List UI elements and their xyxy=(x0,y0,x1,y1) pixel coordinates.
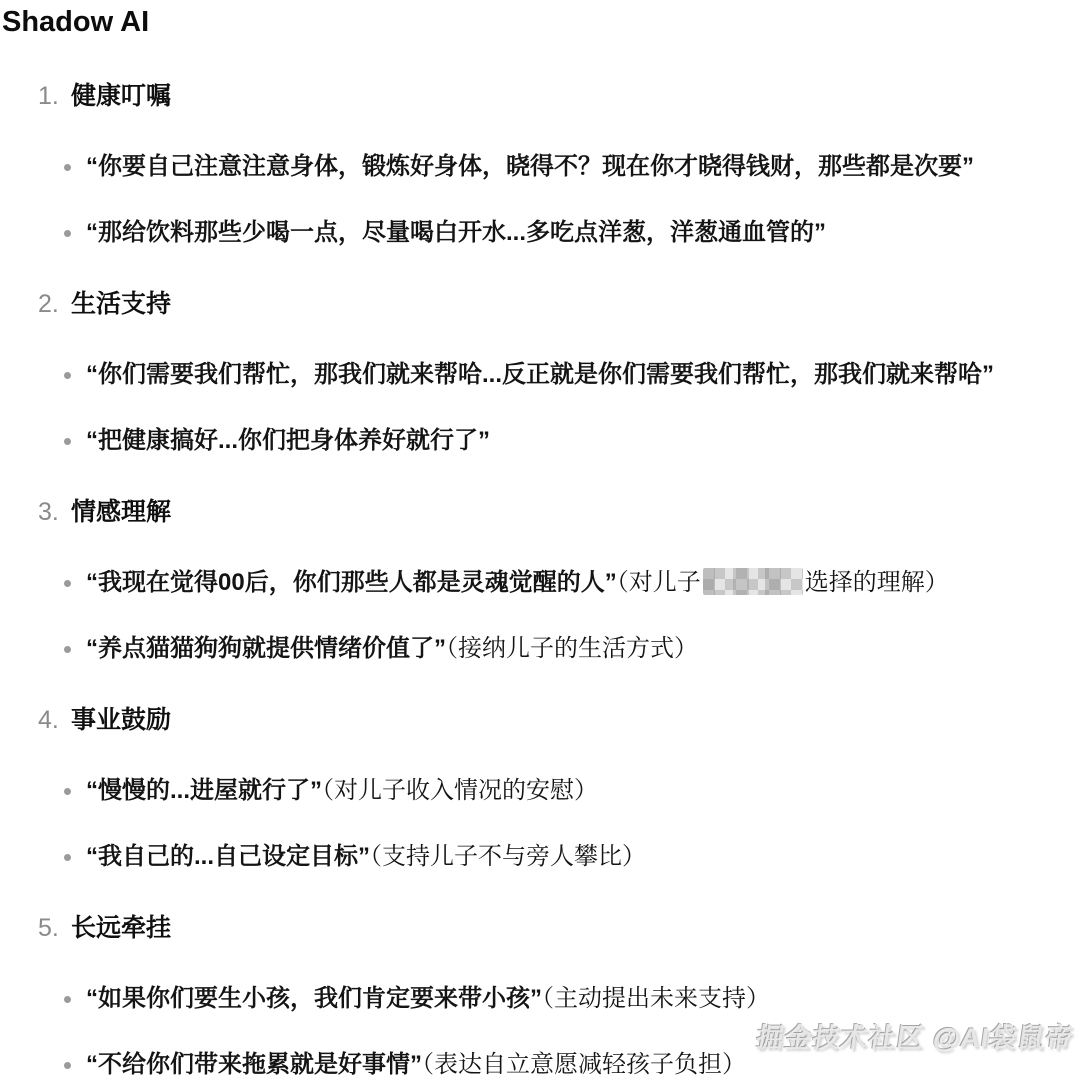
section-heading: 4. 事业鼓励 xyxy=(0,705,1080,736)
section-emotional-understanding: 3. 情感理解 “我现在觉得00后，你们那些人都是灵魂觉醒的人”（对儿子选择的理… xyxy=(0,497,1080,664)
bullet-icon xyxy=(64,788,71,795)
censored-mosaic xyxy=(703,568,803,595)
section-title: 健康叮嘱 xyxy=(71,81,171,112)
section-title: 生活支持 xyxy=(71,289,171,320)
section-long-term-care: 5. 长远牵挂 “如果你们要生小孩，我们肯定要来带小孩”（主动提出未来支持） “… xyxy=(0,913,1080,1077)
list-item: “慢慢的...进屋就行了”（对儿子收入情况的安慰） xyxy=(0,776,1080,806)
list-item: “那给饮料那些少喝一点，尽量喝白开水...多吃点洋葱，洋葱通血管的” xyxy=(0,218,1080,248)
section-heading: 2. 生活支持 xyxy=(0,289,1080,320)
section-title: 长远牵挂 xyxy=(71,913,171,944)
quote-text: “把健康搞好...你们把身体养好就行了” xyxy=(86,427,490,454)
list-item: “如果你们要生小孩，我们肯定要来带小孩”（主动提出未来支持） xyxy=(0,984,1080,1014)
bullet-icon xyxy=(64,372,71,379)
page-title: Shadow AI xyxy=(2,4,1080,40)
list-number: 1. xyxy=(38,81,62,112)
list-item: “养点猫猫狗狗就提供情绪价值了”（接纳儿子的生活方式） xyxy=(0,634,1080,664)
list-item: “你要自己注意注意身体，锻炼好身体，晓得不？现在你才晓得钱财，那些都是次要” xyxy=(0,152,1080,182)
note-text: 选择的理解） xyxy=(805,569,949,596)
bullet-icon xyxy=(64,646,71,653)
section-heading: 3. 情感理解 xyxy=(0,497,1080,528)
bullet-icon xyxy=(64,1062,71,1069)
list-item: “不给你们带来拖累就是好事情”（表达自立意愿减轻孩子负担） xyxy=(0,1050,1080,1077)
list-item: “我现在觉得00后，你们那些人都是灵魂觉醒的人”（对儿子选择的理解） xyxy=(0,568,1080,598)
quote-text: “慢慢的...进屋就行了” xyxy=(86,777,322,804)
quote-text: “你们需要我们帮忙，那我们就来帮哈...反正就是你们需要我们帮忙，那我们就来帮哈… xyxy=(86,361,994,388)
section-heading: 5. 长远牵挂 xyxy=(0,913,1080,944)
list-item: “你们需要我们帮忙，那我们就来帮哈...反正就是你们需要我们帮忙，那我们就来帮哈… xyxy=(0,360,1080,390)
section-title: 情感理解 xyxy=(71,497,171,528)
list-item: “把健康搞好...你们把身体养好就行了” xyxy=(0,426,1080,456)
note-text: （对儿子收入情况的安慰） xyxy=(322,777,598,804)
quote-text: “你要自己注意注意身体，锻炼好身体，晓得不？现在你才晓得钱财，那些都是次要” xyxy=(86,153,974,180)
list-number: 4. xyxy=(38,705,62,736)
list-item: “我自己的...自己设定目标”（支持儿子不与旁人攀比） xyxy=(0,842,1080,872)
quote-text: “如果你们要生小孩，我们肯定要来带小孩” xyxy=(86,985,542,1012)
list-number: 5. xyxy=(38,913,62,944)
note-text: （接纳儿子的生活方式） xyxy=(446,635,698,662)
bullet-icon xyxy=(64,580,71,587)
quote-text: “我现在觉得00后，你们那些人都是灵魂觉醒的人” xyxy=(86,569,617,596)
note-text: （支持儿子不与旁人攀比） xyxy=(370,843,646,870)
quote-text: “那给饮料那些少喝一点，尽量喝白开水...多吃点洋葱，洋葱通血管的” xyxy=(86,219,826,246)
bullet-icon xyxy=(64,164,71,171)
bullet-icon xyxy=(64,996,71,1003)
bullet-icon xyxy=(64,438,71,445)
note-text: （表达自立意愿减轻孩子负担） xyxy=(422,1051,746,1077)
list-number: 3. xyxy=(38,497,62,528)
quote-text: “不给你们带来拖累就是好事情” xyxy=(86,1051,422,1077)
section-health: 1. 健康叮嘱 “你要自己注意注意身体，锻炼好身体，晓得不？现在你才晓得钱财，那… xyxy=(0,81,1080,248)
note-text: （对儿子 xyxy=(617,569,701,596)
bullet-icon xyxy=(64,230,71,237)
section-heading: 1. 健康叮嘱 xyxy=(0,81,1080,112)
bullet-icon xyxy=(64,854,71,861)
section-career-encouragement: 4. 事业鼓励 “慢慢的...进屋就行了”（对儿子收入情况的安慰） “我自己的.… xyxy=(0,705,1080,872)
document-page: Shadow AI 1. 健康叮嘱 “你要自己注意注意身体，锻炼好身体，晓得不？… xyxy=(0,0,1080,1077)
quote-text: “我自己的...自己设定目标” xyxy=(86,843,370,870)
section-life-support: 2. 生活支持 “你们需要我们帮忙，那我们就来帮哈...反正就是你们需要我们帮忙… xyxy=(0,289,1080,456)
quote-text: “养点猫猫狗狗就提供情绪价值了” xyxy=(86,635,446,662)
list-number: 2. xyxy=(38,289,62,320)
section-title: 事业鼓励 xyxy=(71,705,171,736)
note-text: （主动提出未来支持） xyxy=(542,985,770,1012)
